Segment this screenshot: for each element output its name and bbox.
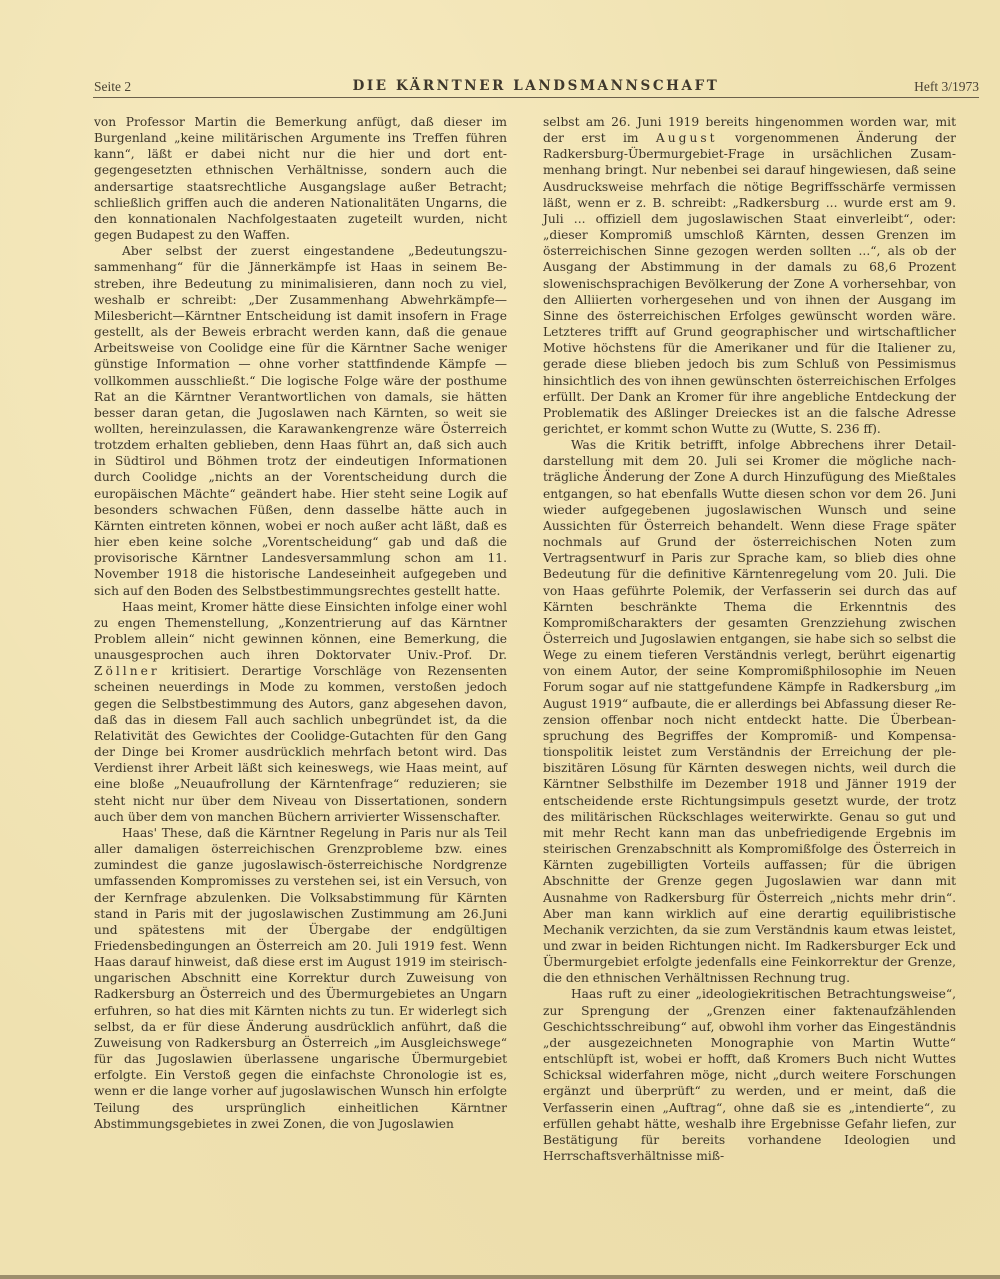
paragraph-text: vorgenommenen Änderung der Radkersburg-Ü… bbox=[543, 131, 956, 436]
paragraph: Aber selbst der zuerst eingestandene „Be… bbox=[94, 243, 507, 598]
publication-title: DIE KÄRNTNER LANDSMANNSCHAFT bbox=[93, 78, 979, 94]
page-header: Seite 2 DIE KÄRNTNER LANDSMANNSCHAFT Hef… bbox=[93, 77, 979, 98]
paragraph: Haas meint, Kromer hätte diese Einsichte… bbox=[94, 599, 507, 825]
left-column: von Professor Martin die Bemerkung anfüg… bbox=[94, 114, 507, 1132]
paragraph: selbst am 26. Juni 1919 bereits hingenom… bbox=[543, 114, 956, 437]
paragraph: von Professor Martin die Bemerkung anfüg… bbox=[94, 114, 507, 243]
issue-number: Heft 3/1973 bbox=[914, 79, 979, 95]
paragraph: Haas ruft zu einer „ideologiekritischen … bbox=[543, 986, 956, 1164]
spaced-name: Zöllner bbox=[94, 664, 160, 678]
paragraph: Was die Kritik betrifft, infolge Abbrech… bbox=[543, 437, 956, 986]
spaced-word: August bbox=[656, 131, 718, 145]
page-edge bbox=[0, 1275, 1000, 1279]
paragraph: Haas' These, daß die Kärntner Regelung i… bbox=[94, 825, 507, 1132]
right-column: selbst am 26. Juni 1919 bereits hingenom… bbox=[543, 114, 956, 1164]
paragraph-text: Haas meint, Kromer hätte diese Einsichte… bbox=[94, 600, 507, 662]
paragraph-text: kritisiert. Derartige Vorschläge von Rez… bbox=[94, 664, 507, 823]
